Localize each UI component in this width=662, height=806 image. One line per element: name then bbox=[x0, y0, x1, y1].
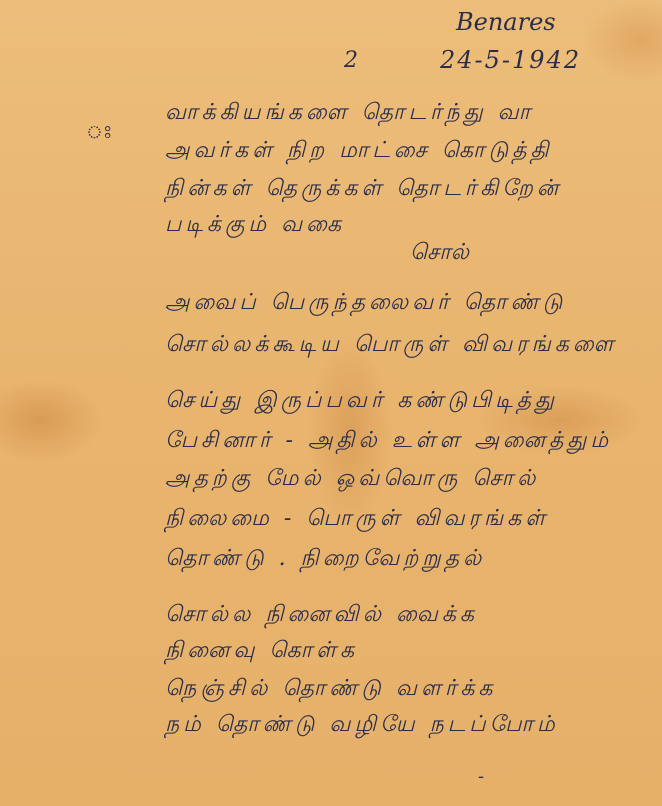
bottom-mark: - bbox=[478, 766, 484, 787]
letter-date: 24-5-1942 bbox=[440, 46, 581, 74]
text-line: செய்து இருப்பவர் கண்டுபிடித்து bbox=[165, 388, 558, 416]
text-line: அதற்கு மேல் ஒவ்வொரு சொல் bbox=[165, 466, 539, 494]
text-line: சொல்ல நினைவில் வைக்க bbox=[165, 602, 478, 630]
margin-mark: ঃ bbox=[86, 118, 112, 149]
text-line: அவர்கள் நிற மாட்சை கொடுத்தி bbox=[165, 138, 552, 166]
text-line: படிக்கும் வகை bbox=[165, 212, 345, 240]
text-line: நின்கள் தெருக்கள் தொடர்கிறேன் bbox=[165, 176, 562, 204]
text-line: நிலைமை - பொருள் விவரங்கள் bbox=[165, 506, 549, 534]
page-number: 2 bbox=[344, 48, 358, 73]
closing-word: சொல் bbox=[410, 240, 469, 268]
text-line: தொண்டு . நிறைவேற்றுதல் bbox=[165, 546, 485, 574]
text-line: சொல்லக்கூடிய பொருள் விவரங்களை bbox=[165, 332, 618, 360]
text-line: நம் தொண்டு வழியே நடப்போம் bbox=[165, 712, 559, 740]
text-line: பேசினார் - அதில் உள்ள அனைத்தும் bbox=[165, 428, 612, 456]
letter-page: Benares 2 24-5-1942 ঃ வாக்கியங்களை தொடர்… bbox=[0, 0, 662, 806]
text-line: நெஞ்சில் தொண்டு வளர்க்க bbox=[165, 676, 496, 704]
text-line: அவைப் பெருந்தலைவர் தொண்டு bbox=[165, 290, 566, 318]
text-line: வாக்கியங்களை தொடர்ந்து வா bbox=[165, 100, 534, 128]
text-line: நினைவு கொள்க bbox=[165, 638, 358, 666]
letter-place: Benares bbox=[456, 8, 556, 36]
